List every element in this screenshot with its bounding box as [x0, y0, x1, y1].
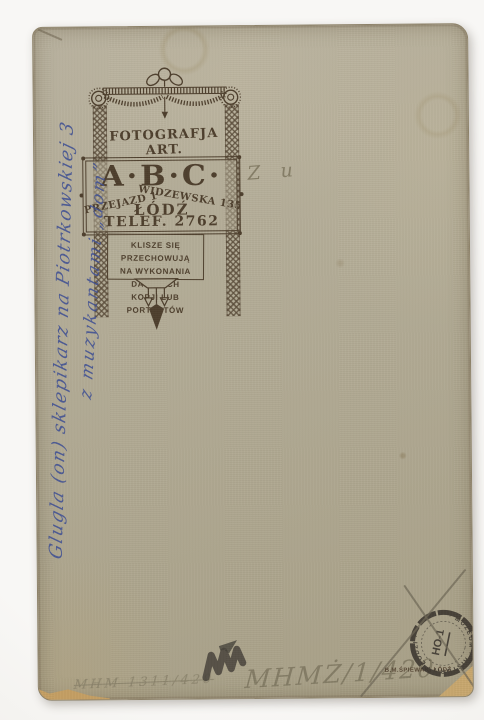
corner-crease-top-left	[38, 29, 63, 41]
rivet-dot	[81, 156, 85, 160]
crossed-out-inventory-number: MHM 1311/420	[73, 672, 215, 693]
rivet-dot	[238, 231, 242, 235]
arrow-ornament	[127, 278, 185, 333]
notice-line: KLISZE SIĘ PRZECHOWUJĄ	[108, 239, 203, 265]
photo-backdrop: FOTOGRAFJA ART. A·B·C· PRZEJAZD 1 ŁÓDŹ W…	[0, 0, 484, 720]
rivet-dot	[80, 193, 84, 197]
phone-number: TELEF. 2762	[87, 213, 237, 230]
garland-ornament	[88, 66, 241, 131]
notice-frame: KLISZE SIĘ PRZECHOWUJĄ NA WYKONANIA DALS…	[107, 234, 204, 281]
rivet-dot	[237, 155, 241, 159]
ink-annotation-line1: Glugla (on) sklepikarz na Piotrkowskiej …	[46, 118, 78, 561]
cabinet-card-verso: FOTOGRAFJA ART. A·B·C· PRZEJAZD 1 ŁÓDŹ W…	[32, 23, 474, 701]
round-ink-stamp: · MUZEUM · HISTORII · ŁODZI · HO-1	[396, 596, 474, 690]
studio-header: FOTOGRAFJA ART.	[94, 125, 235, 160]
rivet-dot	[240, 192, 244, 196]
pencil-note: Z u	[247, 159, 301, 185]
dark-scribble-mark	[199, 637, 248, 684]
